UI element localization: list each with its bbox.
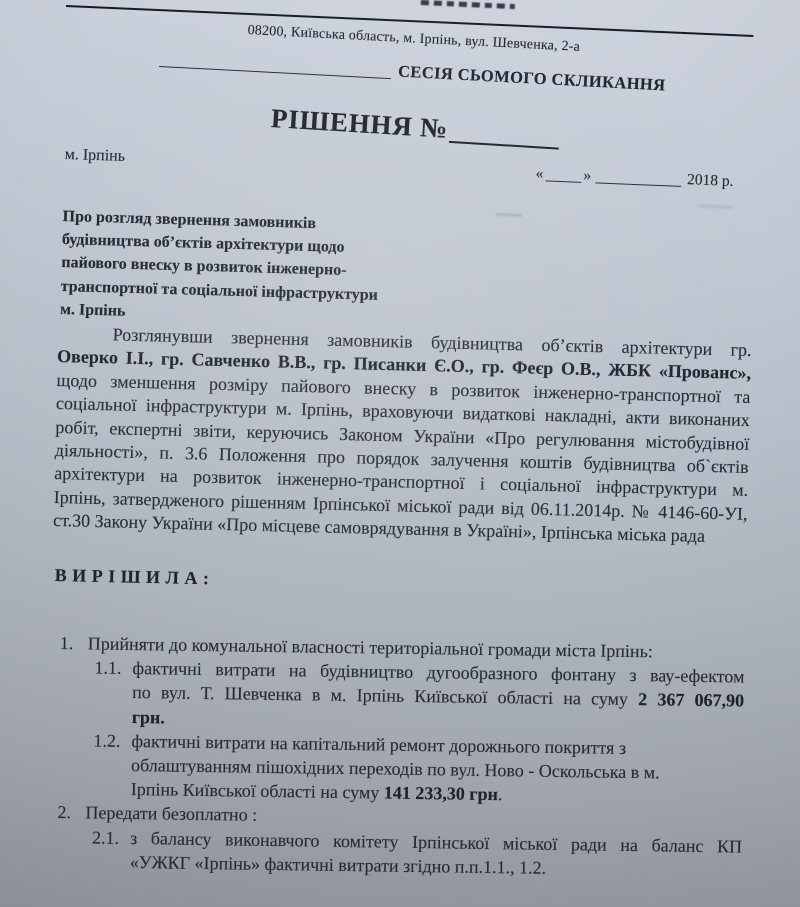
list-item-number: 2.1. (92, 825, 131, 874)
list-item-1-1: 1.1. фактичні витрати на будівництво дуг… (94, 656, 755, 738)
pencil-smudge (698, 205, 732, 208)
preamble-paragraph: Розглянувши звернення замовників будівни… (53, 322, 752, 550)
date-day-blank (545, 168, 581, 182)
date-month-blank (595, 170, 681, 186)
resolution-list: 1. Прийняти до комунальної власності тер… (57, 631, 755, 883)
date-line: «»2018 р. (535, 165, 734, 191)
date-year: 2018 р. (687, 171, 734, 190)
resolved-heading: ВИРІШИЛА: (55, 565, 215, 589)
pencil-smudge (496, 213, 522, 217)
subject-block: Про розгляд звернення замовників будівни… (60, 205, 433, 331)
session-line: СЕСІЯ СЬОМОГО СКЛИКАННЯ (159, 49, 666, 95)
session-blank-line (159, 54, 391, 79)
list-item-1-2: 1.2. фактичні витрати на капітальний рем… (93, 728, 754, 810)
decision-number-blank (449, 121, 560, 150)
list-item-number: 2. (57, 800, 85, 825)
place-label: м. Ірпінь (64, 146, 125, 166)
list-item-2-1: 2.1. з балансу виконавчого комітету Ірпі… (92, 825, 753, 883)
decision-title: РІШЕННЯ № (270, 103, 561, 152)
amount-bold: грн. (132, 707, 165, 727)
date-quote-close: » (583, 167, 591, 184)
list-item-text: фактичні витрати на капітальний ремонт д… (131, 729, 744, 810)
amount-bold: 141 233,30 грн (384, 783, 498, 805)
list-item-text: з балансу виконавчого комітету Ірпінсько… (130, 826, 743, 883)
session-title: СЕСІЯ СЬОМОГО СКЛИКАННЯ (398, 62, 666, 95)
amount-bold: 2 367 067,90 (638, 689, 744, 710)
decision-label: РІШЕННЯ № (270, 103, 449, 144)
list-item-text: фактичні витрати на будівництво дугообра… (132, 656, 745, 737)
date-quote-open: « (535, 165, 543, 182)
list-item-number: 1.2. (93, 728, 132, 801)
document-photo: 08200, Київська область, м. Ірпінь, вул.… (0, 0, 800, 907)
cutoff-letterhead-fragment (421, 0, 515, 9)
list-item-number: 1. (60, 631, 88, 656)
list-item-number: 1.1. (94, 656, 133, 729)
letterhead-address: 08200, Київська область, м. Ірпінь, вул.… (247, 23, 580, 56)
